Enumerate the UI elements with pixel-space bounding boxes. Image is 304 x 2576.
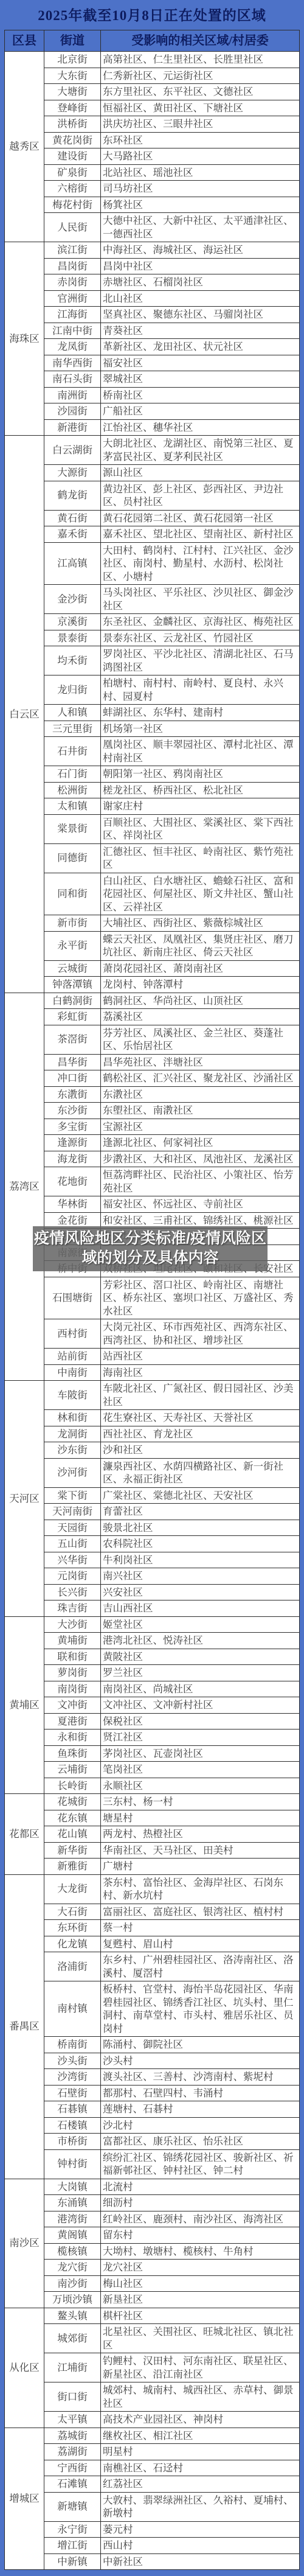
- district-cell: 番禺区: [5, 1874, 44, 2179]
- areas-cell: 机场第一社区: [101, 721, 300, 737]
- areas-cell: 槎龙社区、桥西社区、松北社区: [101, 782, 300, 798]
- areas-cell: 大坳村、墩塘村、榄核村、牛角村: [101, 2243, 300, 2260]
- table-row: 永平街蝶云天社区、凤凰社区、集贤庄社区、磨刀坑社区、新南庄社区、倚云天社区: [5, 931, 300, 960]
- areas-cell: 龙岗村、钟落潭村: [101, 977, 300, 993]
- areas-cell: 景泰东社区、云龙社区、竹园社区: [101, 630, 300, 646]
- areas-cell: 明星村: [101, 2444, 300, 2460]
- table-row: 昌华街昌华苑社区、泮塘社区: [5, 1054, 300, 1070]
- areas-cell: 黄陂社区: [101, 1649, 300, 1665]
- street-cell: 东涌镇: [44, 2195, 101, 2211]
- areas-cell: 继枚社区、相江社区: [101, 2428, 300, 2444]
- street-cell: 梅花村街: [44, 197, 101, 213]
- street-cell: 石围塘街: [44, 1277, 101, 1319]
- table-row: 云城街萧岗花园社区、萧岗南社区: [5, 960, 300, 977]
- areas-cell: 牛利岗社区: [101, 1552, 300, 1568]
- table-row: 人民街大德中社区、大新中社区、太平通津社区、一德西社区: [5, 213, 300, 242]
- street-cell: 洪桥街: [44, 116, 101, 133]
- areas-cell: 北山社区: [101, 290, 300, 307]
- areas-cell: 板桥村、官堂村、海怡半岛花园社区、华南碧桂园社区、锦绣香江社区、坑头村、里仁洞村…: [101, 1981, 300, 2037]
- page: 2025年截至10月8日正在处置的区域 区县 街道 受影响的相关区域/村居委 越…: [0, 0, 304, 2576]
- table-row: 赤岗街赤塘社区、石榴岗社区: [5, 274, 300, 291]
- street-cell: 联和街: [44, 1649, 101, 1665]
- table-row: 金沙街马头岗社区、平乐社区、沙贝社区、御金沙社区: [5, 585, 300, 614]
- areas-cell: 仁秀新社区、元运街社区: [101, 68, 300, 84]
- street-cell: 黄石街: [44, 510, 101, 526]
- areas-cell: 东乡村、广州碧桂园社区、洛涛南社区、洛溪村、厦滘村: [101, 1952, 300, 1981]
- table-row: 钟落潭镇龙岗村、钟落潭村: [5, 977, 300, 993]
- areas-cell: 骏景北社区: [101, 1520, 300, 1536]
- areas-cell: 茶东村、富怡社区、金海岸社区、石岗东村、新水坑村: [101, 1874, 300, 1904]
- street-cell: 均禾街: [44, 646, 101, 675]
- table-row: 大源街源山社区: [5, 465, 300, 481]
- street-cell: 彩虹街: [44, 1009, 101, 1025]
- areas-cell: 蔡一村: [101, 1920, 300, 1936]
- table-row: 江埔街钓鲤村、汉田村、河东南社区、联星社区、新星社区、沿江南社区: [5, 2353, 300, 2382]
- table-row: 黄埔街港湾北社区、悦涛社区: [5, 1633, 300, 1649]
- table-row: 中南街海南社区: [5, 1364, 300, 1381]
- street-cell: 官洲街: [44, 290, 101, 307]
- table-row: 大塘街东方里社区、东平社区、文德社区: [5, 84, 300, 100]
- table-row: 石围塘街芳彩社区、滘口社区、岭南社区、南塘社区、桥东社区、塞坝口社区、万盛社区、…: [5, 1277, 300, 1319]
- areas-cell: 留东村: [101, 2227, 300, 2244]
- areas-cell: 翠城社区: [101, 371, 300, 388]
- district-cell: 增城区: [5, 2428, 44, 2570]
- district-cell: 海珠区: [5, 242, 44, 436]
- street-cell: 多宝街: [44, 1119, 101, 1135]
- street-cell: 人和镇: [44, 705, 101, 721]
- table-row: 京溪街东圣社区、金麟社区、京海社区、梅苑社区: [5, 614, 300, 630]
- street-cell: 市桥街: [44, 2134, 101, 2150]
- header-row: 区县 街道 受影响的相关区域/村居委: [5, 30, 300, 52]
- street-cell: 江埔街: [44, 2353, 101, 2382]
- areas-cell: 广棠社区、棠德北社区、天安社区: [101, 1487, 300, 1504]
- areas-cell: 福安社区、怀远社区、寺前社区: [101, 1196, 300, 1213]
- col-header-areas: 受影响的相关区域/村居委: [101, 30, 300, 52]
- areas-cell: 白山社区、白水塘社区、蟾蜍石社区、富和花园社区、何屋社区、斯文井社区、蟹山社区、…: [101, 873, 300, 915]
- street-cell: 矿泉街: [44, 164, 101, 181]
- table-row: 太和镇谢家庄村: [5, 798, 300, 815]
- table-row: 西村街大岗元社区、环市西苑社区、西湾东社区、西湾社区、协和社区、增埗社区: [5, 1319, 300, 1349]
- street-cell: 站前街: [44, 1349, 101, 1365]
- areas-cell: 逢源北社区、何家祠社区: [101, 1135, 300, 1151]
- street-cell: 冲口街: [44, 1070, 101, 1087]
- areas-cell: 莲塘村、石碁村: [101, 2101, 300, 2118]
- table-row: 人和镇蚌湖社区、东华村、建南村: [5, 705, 300, 721]
- street-cell: 五山街: [44, 1536, 101, 1552]
- street-cell: 沙东街: [44, 1442, 101, 1459]
- street-cell: 大石街: [44, 1904, 101, 1920]
- areas-cell: 两龙村、热橙社区: [101, 1826, 300, 1843]
- areas-cell: 朝阳第一社区、鸦岗南社区: [101, 766, 300, 783]
- table-row: 文冲街文冲社区、文冲新村社区: [5, 1697, 300, 1714]
- table-row: 洛浦街东乡村、广州碧桂园社区、洛涛南社区、洛溪村、厦滘村: [5, 1952, 300, 1981]
- areas-cell: 永顺社区: [101, 1778, 300, 1794]
- street-cell: 永和街: [44, 1730, 101, 1746]
- table-row: 矿泉街北站社区、瑶池社区: [5, 164, 300, 181]
- areas-cell: 农科院社区: [101, 1536, 300, 1552]
- table-row: 榄核镇大坳村、墩塘村、榄核村、牛角村: [5, 2243, 300, 2260]
- areas-cell: 南兴社区: [101, 1568, 300, 1585]
- street-cell: 白云湖街: [44, 436, 101, 465]
- table-row: 港湾街红岭社区、鹿颈村、南沙社区、海湾社区: [5, 2211, 300, 2227]
- areas-cell: 青葵社区: [101, 323, 300, 339]
- street-cell: 永平街: [44, 931, 101, 960]
- street-cell: 昌岗街: [44, 258, 101, 274]
- street-cell: 龙洞街: [44, 1426, 101, 1442]
- table-row: 天园街骏景北社区: [5, 1520, 300, 1536]
- areas-cell: 华南社区、天马社区、田美村: [101, 1842, 300, 1859]
- table-row: 龙凤街革新社区、龙田社区、状元社区: [5, 339, 300, 355]
- table-row: 市桥街富都社区、康乐社区、怡乐社区: [5, 2134, 300, 2150]
- areas-cell: 恒福社区、黄田社区、下塘社区: [101, 100, 300, 116]
- street-cell: 海龙街: [44, 1151, 101, 1167]
- table-row: 天河区车陂街车陂北社区、广氮社区、假日园社区、沙美社区: [5, 1381, 300, 1410]
- table-row: 江高镇大田村、鹤岗村、江村村、江兴社区、金沙社区、南岗村、勤星村、水沥村、松岗社…: [5, 542, 300, 585]
- areas-cell: 东漖社区: [101, 1086, 300, 1103]
- table-row: 长兴街兴安社区: [5, 1584, 300, 1600]
- table-row: 增江街西山村: [5, 2538, 300, 2554]
- table-row: 元岗街南兴社区: [5, 1568, 300, 1585]
- table-row: 三元里街机场第一社区: [5, 721, 300, 737]
- areas-cell: 桥南社区: [101, 387, 300, 403]
- table-row: 昌岗街昌岗中社区: [5, 258, 300, 274]
- street-cell: 黄阁镇: [44, 2227, 101, 2244]
- areas-cell: 凰岗社区、顺丰翠园社区、潭村北社区、潭村南社区: [101, 737, 300, 766]
- table-row: 沙东街沙和社区: [5, 1442, 300, 1459]
- areas-cell: 恒荔湾畔社区、民治社区、小策社区、怡芳苑社区: [101, 1167, 300, 1196]
- street-cell: 石门街: [44, 766, 101, 783]
- street-cell: 同德街: [44, 843, 101, 873]
- areas-cell: 港湾北社区、悦涛社区: [101, 1633, 300, 1649]
- street-cell: 鹤龙街: [44, 481, 101, 510]
- areas-cell: 北星社区、关围社区、旺城北社区、镇北社区: [101, 2324, 300, 2353]
- street-cell: 滨江街: [44, 242, 101, 259]
- table-row: 官洲街北山社区: [5, 290, 300, 307]
- areas-cell: 贤江社区: [101, 1730, 300, 1746]
- areas-table: 区县 街道 受影响的相关区域/村居委 越秀区北京街高第社区、仁生里社区、长胜里社…: [4, 30, 300, 2570]
- watermark-overlay: 疫情风险地区分类标准/疫情风险区 域的划分及具体内容: [33, 1226, 268, 1271]
- areas-cell: 革新社区、龙田社区、状元社区: [101, 339, 300, 355]
- street-cell: 云城街: [44, 960, 101, 977]
- areas-cell: 黄边社区、彭上社区、彭西社区、尹边社区、员村社区: [101, 481, 300, 510]
- table-row: 登峰街恒福社区、黄田社区、下塘社区: [5, 100, 300, 116]
- street-cell: 六榕街: [44, 181, 101, 197]
- street-cell: 花地街: [44, 1167, 101, 1196]
- areas-cell: 高第社区、仁生里社区、长胜里社区: [101, 52, 300, 68]
- table-row: 东涌镇细沥村: [5, 2195, 300, 2211]
- areas-cell: 广船社区: [101, 403, 300, 420]
- street-cell: 江海街: [44, 307, 101, 323]
- street-cell: 新市街: [44, 915, 101, 932]
- areas-cell: 渡头社区、三善村、沙湾南村、紫坭村: [101, 2069, 300, 2086]
- street-cell: 景泰街: [44, 630, 101, 646]
- street-cell: 荔湖街: [44, 2444, 101, 2460]
- table-row: 冲口街鹤松社区、汇兴社区、聚龙社区、沙涌社区: [5, 1070, 300, 1087]
- areas-cell: 马头岗社区、平乐社区、沙贝社区、御金沙社区: [101, 585, 300, 614]
- district-cell: 从化区: [5, 2308, 44, 2428]
- table-row: 景泰街景泰东社区、云龙社区、竹园社区: [5, 630, 300, 646]
- table-row: 六榕街司马坊社区: [5, 181, 300, 197]
- table-row: 街口街城郊村、城南村、城西社区、赤草村、御景社区: [5, 2382, 300, 2412]
- table-row: 天河南街育蕾社区: [5, 1504, 300, 1520]
- street-cell: 石井街: [44, 737, 101, 766]
- areas-cell: 站西社区: [101, 1349, 300, 1365]
- table-row: 南沙区大岗镇北流村: [5, 2179, 300, 2195]
- street-cell: 大东街: [44, 68, 101, 84]
- street-cell: 龙凤街: [44, 339, 101, 355]
- table-row: 中新镇中新社区: [5, 2553, 300, 2570]
- table-row: 建设街大马路社区: [5, 148, 300, 165]
- street-cell: 南沙街: [44, 2275, 101, 2292]
- street-cell: 棠下街: [44, 1487, 101, 1504]
- table-row: 新港街江怡社区、穗华社区: [5, 419, 300, 436]
- areas-cell: 育蕾社区: [101, 1504, 300, 1520]
- street-cell: 白鹤洞街: [44, 993, 101, 1009]
- table-row: 沙湾街渡头社区、三善村、沙湾南村、紫坭村: [5, 2069, 300, 2086]
- table-row: 石楼镇沙北村: [5, 2117, 300, 2134]
- col-header-street: 街道: [44, 30, 101, 52]
- areas-cell: 中海社区、海城社区、海运社区: [101, 242, 300, 259]
- street-cell: 南华西街: [44, 355, 101, 371]
- table-row: 黄石街黄石花园第二社区、黄石花园第一社区: [5, 510, 300, 526]
- street-cell: 中新镇: [44, 2553, 101, 2570]
- table-row: 南沙街梅山社区: [5, 2275, 300, 2292]
- street-cell: 京溪街: [44, 614, 101, 630]
- district-cell: 南沙区: [5, 2179, 44, 2308]
- areas-cell: 兴安社区: [101, 1584, 300, 1600]
- street-cell: 夏港街: [44, 1713, 101, 1730]
- street-cell: 沙园街: [44, 403, 101, 420]
- table-row: 龙穴街龙穴社区: [5, 2260, 300, 2276]
- areas-cell: 源山社区: [101, 465, 300, 481]
- watermark-line-1: 疫情风险地区分类标准/疫情风险区: [34, 1230, 266, 1247]
- street-cell: 花城街: [44, 1794, 101, 1810]
- areas-cell: 鹤洞社区、华尚社区、山顶社区: [101, 993, 300, 1009]
- areas-cell: 嘉禾社区、望北社区、望南社区、新村社区: [101, 526, 300, 543]
- street-cell: 江南中街: [44, 323, 101, 339]
- table-row: 兴华街牛利岗社区: [5, 1552, 300, 1568]
- areas-cell: 城郊村、城南村、城西社区、赤草村、御景社区: [101, 2382, 300, 2412]
- table-row: 夏港街保税社区: [5, 1713, 300, 1730]
- table-row: 荔湾区白鹤洞街鹤洞社区、华尚社区、山顶社区: [5, 993, 300, 1009]
- table-row: 万顷沙镇新垦社区: [5, 2292, 300, 2308]
- areas-cell: 杨箕社区: [101, 197, 300, 213]
- table-row: 均禾街罗岗社区、平沙北社区、清湖北社区、石马鸿图社区: [5, 646, 300, 675]
- areas-cell: 红荔社区: [101, 2476, 300, 2493]
- table-row: 石门街朝阳第一社区、鸦岗南社区: [5, 766, 300, 783]
- street-cell: 中南街: [44, 1364, 101, 1381]
- areas-cell: 都那村、石壁四村、韦涌村: [101, 2085, 300, 2101]
- street-cell: 长兴街: [44, 1584, 101, 1600]
- areas-cell: 大德中社区、大新中社区、太平通津社区、一德西社区: [101, 213, 300, 242]
- street-cell: 城郊街: [44, 2324, 101, 2353]
- areas-cell: 步漖社区、大和社区、凤池社区、龙溪社区: [101, 1151, 300, 1167]
- areas-cell: 车陂北社区、广氮社区、假日园社区、沙美社区: [101, 1381, 300, 1410]
- table-row: 新市街大埔社区、西街社区、紫薇棕城社区: [5, 915, 300, 932]
- district-cell: 花都区: [5, 1794, 44, 1875]
- table-row: 新雅街广塘村: [5, 1859, 300, 1875]
- district-cell: 天河区: [5, 1381, 44, 1617]
- table-row: 沙园街广船社区: [5, 403, 300, 420]
- table-row: 棠景街百顺社区、大围社区、棠溪社区、棠下西社区、祥岗社区: [5, 814, 300, 843]
- street-cell: 长岭街: [44, 1778, 101, 1794]
- table-row: 宁西街南樵社区、石迳村: [5, 2460, 300, 2476]
- street-cell: 南岗街: [44, 1681, 101, 1697]
- areas-cell: 坚真社区、聚德东社区、马骝岗社区: [101, 307, 300, 323]
- street-cell: 茶滘街: [44, 1025, 101, 1054]
- table-row: 海珠区滨江街中海社区、海城社区、海运社区: [5, 242, 300, 259]
- table-row: 江海街坚真社区、聚德东社区、马骝岗社区: [5, 307, 300, 323]
- street-cell: 龙穴街: [44, 2260, 101, 2276]
- table-row: 梅花村街杨箕社区: [5, 197, 300, 213]
- table-row: 新华街华南社区、天马社区、田美村: [5, 1842, 300, 1859]
- table-row: 石碁镇莲塘村、石碁村: [5, 2101, 300, 2118]
- areas-cell: 汇德社区、恒丰社区、岭南社区、紫竹苑社区: [101, 843, 300, 873]
- areas-cell: 西山村: [101, 2538, 300, 2554]
- areas-cell: 富丽社区、富庭社区、银湾社区、植村村: [101, 1904, 300, 1920]
- street-cell: 增江街: [44, 2538, 101, 2554]
- street-cell: 兴华街: [44, 1552, 101, 1568]
- street-cell: 南石头街: [44, 371, 101, 388]
- table-row: 茶滘街芬芳社区、凤溪社区、金兰社区、葵蓬社区、乐怡居社区: [5, 1025, 300, 1054]
- street-cell: 永宁街: [44, 2521, 101, 2538]
- district-cell: 白云区: [5, 436, 44, 993]
- areas-cell: 大岗元社区、环市西苑社区、西湾东社区、西湾社区、协和社区、增埗社区: [101, 1319, 300, 1349]
- table-row: 太平镇高技术产业园社区、神岗村: [5, 2412, 300, 2428]
- areas-cell: 南樵社区、石迳村: [101, 2460, 300, 2476]
- areas-cell: 黄石花园第二社区、黄石花园第一社区: [101, 510, 300, 526]
- street-cell: 鱼珠街: [44, 1745, 101, 1762]
- table-row: 桥南街陈涌村、御院社区: [5, 2037, 300, 2053]
- street-cell: 西村街: [44, 1319, 101, 1349]
- areas-cell: 司马坊社区: [101, 181, 300, 197]
- page-title: 2025年截至10月8日正在处置的区域: [4, 3, 300, 30]
- street-cell: 同和街: [44, 873, 101, 915]
- table-row: 站前街站西社区: [5, 1349, 300, 1365]
- street-cell: 榄核镇: [44, 2243, 101, 2260]
- table-row: 鹤龙街黄边社区、彭上社区、彭西社区、尹边社区、员村社区: [5, 481, 300, 510]
- areas-cell: 芬芳社区、凤溪社区、金兰社区、葵蓬社区、乐怡居社区: [101, 1025, 300, 1054]
- areas-cell: 罗岗社区、平沙北社区、清湖北社区、石马鸿图社区: [101, 646, 300, 675]
- street-cell: 东沙街: [44, 1103, 101, 1119]
- areas-cell: 沙和社区: [101, 1442, 300, 1459]
- street-cell: 云埔街: [44, 1762, 101, 1778]
- table-row: 鱼珠街茅岗社区、瓦壶岗社区: [5, 1745, 300, 1762]
- street-cell: 钟村街: [44, 2149, 101, 2179]
- street-cell: 东漖街: [44, 1086, 101, 1103]
- street-cell: 人民街: [44, 213, 101, 242]
- table-row: 增城区荔城街继枚社区、相江社区: [5, 2428, 300, 2444]
- street-cell: 石壁街: [44, 2085, 101, 2101]
- areas-cell: 海南社区: [101, 1364, 300, 1381]
- street-cell: 东环街: [44, 1920, 101, 1936]
- table-row: 番禺区大龙街茶东村、富怡社区、金海岸社区、石岗东村、新水坑村: [5, 1874, 300, 1904]
- table-row: 萝岗街罗兰社区: [5, 1665, 300, 1681]
- table-row: 海龙街步漖社区、大和社区、凤池社区、龙溪社区: [5, 1151, 300, 1167]
- areas-cell: 钓鲤村、汉田村、河东南社区、联星社区、新星社区、沿江南社区: [101, 2353, 300, 2382]
- table-row: 石井街凰岗社区、顺丰翠园社区、潭村北社区、潭村南社区: [5, 737, 300, 766]
- table-row: 石壁街都那村、石壁四村、韦涌村: [5, 2085, 300, 2101]
- street-cell: 逢源街: [44, 1135, 101, 1151]
- street-cell: 新港街: [44, 419, 101, 436]
- street-cell: 新雅街: [44, 1859, 101, 1875]
- areas-cell: 棋杆社区: [101, 2308, 300, 2324]
- areas-cell: 谢家庄村: [101, 798, 300, 815]
- areas-cell: 文冲社区、文冲新村社区: [101, 1697, 300, 1714]
- table-row: 荔湖街明星村: [5, 2444, 300, 2460]
- areas-cell: 茅岗社区、瓦壶岗社区: [101, 1745, 300, 1762]
- areas-cell: 百顺社区、大围社区、棠溪社区、棠下西社区、祥岗社区: [101, 814, 300, 843]
- street-cell: 江高镇: [44, 542, 101, 585]
- areas-cell: 蝶云天社区、凤凰社区、集贤庄社区、磨刀坑社区、新南庄社区、倚云天社区: [101, 931, 300, 960]
- street-cell: 三元里街: [44, 721, 101, 737]
- table-row: 化龙镇复甦村、眉山村: [5, 1936, 300, 1952]
- table-row: 越秀区北京街高第社区、仁生里社区、长胜里社区: [5, 52, 300, 68]
- district-cell: 黄埔区: [5, 1616, 44, 1794]
- areas-cell: 大朗北社区、龙湖社区、南悦第三社区、夏茅富民社区、夏茅利民社区: [101, 436, 300, 465]
- table-row: 龙洞街西社社区、育龙社区: [5, 1426, 300, 1442]
- areas-cell: 蒌元村: [101, 2521, 300, 2538]
- street-cell: 昌华街: [44, 1054, 101, 1070]
- street-cell: 桥南街: [44, 2037, 101, 2053]
- areas-cell: 洪庆坊社区、三眼井社区: [101, 116, 300, 133]
- table-row: 南石头街翠城社区: [5, 371, 300, 388]
- table-body: 越秀区北京街高第社区、仁生里社区、长胜里社区大东街仁秀新社区、元运街社区大塘街东…: [5, 52, 300, 2570]
- street-cell: 太平镇: [44, 2412, 101, 2428]
- street-cell: 大沙街: [44, 1616, 101, 1633]
- table-row: 黄阁镇留东村: [5, 2227, 300, 2244]
- areas-cell: 蚌湖社区、东华村、建南村: [101, 705, 300, 721]
- street-cell: 花山镇: [44, 1826, 101, 1843]
- street-cell: 华林街: [44, 1196, 101, 1213]
- areas-cell: 吉山西社区: [101, 1600, 300, 1617]
- table-row: 珠吉街吉山西社区: [5, 1600, 300, 1617]
- areas-cell: 荔溪社区: [101, 1009, 300, 1025]
- street-cell: 萝岗街: [44, 1665, 101, 1681]
- areas-cell: 三东村、杨一村: [101, 1794, 300, 1810]
- street-cell: 沙头街: [44, 2053, 101, 2069]
- table-row: 东沙街东塱社区、南漖社区: [5, 1103, 300, 1119]
- areas-cell: 沙头村: [101, 2053, 300, 2069]
- areas-cell: 大田村、鹤岗村、江村村、江兴社区、金沙社区、南岗村、勤星村、水沥村、松岗社区、小…: [101, 542, 300, 585]
- areas-cell: 福安社区: [101, 355, 300, 371]
- district-cell: 越秀区: [5, 52, 44, 242]
- street-cell: 石滩镇: [44, 2476, 101, 2493]
- street-cell: 街口街: [44, 2382, 101, 2412]
- areas-cell: 陈涌村、御院社区: [101, 2037, 300, 2053]
- areas-cell: 罗兰社区: [101, 1665, 300, 1681]
- street-cell: 松洲街: [44, 782, 101, 798]
- areas-cell: 柏塘村、南村村、南岭村、夏良村、永兴村、园夏村: [101, 675, 300, 705]
- table-row: 长岭街永顺社区: [5, 1778, 300, 1794]
- street-cell: 棠景街: [44, 814, 101, 843]
- areas-cell: 广塘村: [101, 1859, 300, 1875]
- table-row: 沙头街沙头村: [5, 2053, 300, 2069]
- areas-cell: 新垦社区: [101, 2292, 300, 2308]
- areas-cell: 复甦村、眉山村: [101, 1936, 300, 1952]
- areas-cell: 鹤松社区、汇兴社区、聚龙社区、沙涌社区: [101, 1070, 300, 1087]
- table-row: 棠下街广棠社区、棠德北社区、天安社区: [5, 1487, 300, 1504]
- street-cell: 金沙街: [44, 585, 101, 614]
- areas-cell: 昌华苑社区、泮塘社区: [101, 1054, 300, 1070]
- street-cell: 太和镇: [44, 798, 101, 815]
- table-row: 东漖街东漖社区: [5, 1086, 300, 1103]
- street-cell: 港湾街: [44, 2211, 101, 2227]
- areas-cell: 梅山社区: [101, 2275, 300, 2292]
- table-row: 南岗街南岗社区、尚城社区: [5, 1681, 300, 1697]
- table-row: 南村镇板桥村、官堂村、海怡半岛花园社区、华南碧桂园社区、锦绣香江社区、坑头村、里…: [5, 1981, 300, 2037]
- areas-cell: 昌岗中社区: [101, 258, 300, 274]
